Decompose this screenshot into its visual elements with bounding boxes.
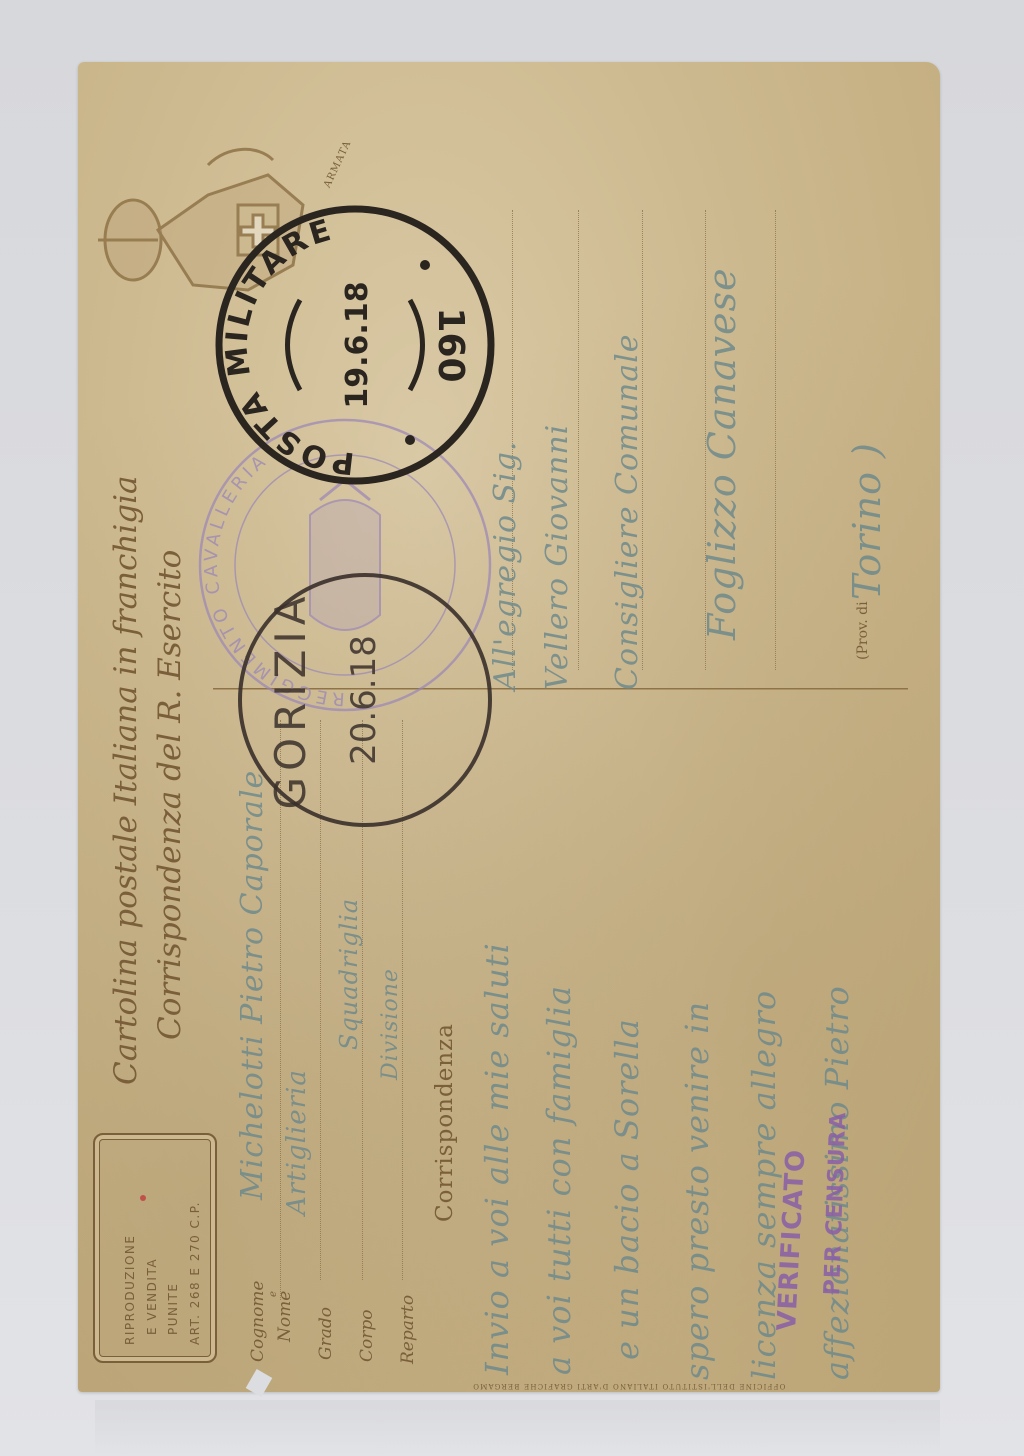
sender-handwriting-line: Divisione — [378, 968, 403, 1080]
notice-line-2: E VENDITA — [145, 1258, 159, 1335]
card-title: Cartolina postale Italiana in franchigia — [108, 476, 144, 1086]
message-handwriting-line: Invio a voi alle mie saluti — [478, 942, 516, 1375]
field-label-cognome: Cognome — [248, 1281, 268, 1363]
red-ink-spot — [140, 1195, 146, 1201]
svg-text:19.6.18: 19.6.18 — [340, 281, 375, 408]
field-label-nome: Nome — [275, 1291, 295, 1342]
svg-text:20.6.18: 20.6.18 — [344, 635, 384, 765]
svg-text:160: 160 — [430, 307, 471, 382]
address-handwriting-line: Vellero Giovanni — [540, 424, 575, 690]
address-handwriting-line: Consigliere Comunale — [610, 334, 645, 690]
sender-handwriting-line: Artiglieria — [282, 1069, 312, 1215]
card-subtitle: Corrispondenza del R. Esercito — [152, 550, 188, 1040]
address-handwriting-line: Torino ) — [845, 442, 889, 600]
card-reflection — [95, 1400, 940, 1456]
notice-line-4: ART. 268 E 270 C.P. — [188, 1201, 202, 1345]
field-label-grado: Grado — [316, 1307, 336, 1360]
town-postmark-stamp: GORIZIA 20.6.18 — [215, 560, 495, 830]
sender-handwriting-line: Squadriglia — [335, 898, 363, 1050]
address-dotted-line — [775, 210, 776, 670]
notice-line-3: PUNITE — [166, 1283, 180, 1335]
notice-line-1: RIPRODUZIONE — [123, 1235, 137, 1345]
address-dotted-line — [578, 210, 579, 670]
message-handwriting-line: e un bacio a Sorella — [608, 1018, 646, 1360]
field-label-reparto: Reparto — [398, 1295, 418, 1364]
printer-imprint: OFFICINE DELL'ISTITUTO ITALIANO D'ARTI G… — [472, 1382, 785, 1390]
military-postmark-stamp: POSTA MILITARE 19.6.18 160 — [205, 195, 505, 495]
correspondence-heading: Corrispondenza — [432, 1023, 458, 1222]
address-handwriting-line: Foglizzo Canavese — [700, 267, 744, 640]
province-label: (Prov. di — [855, 601, 871, 660]
svg-text:GORIZIA: GORIZIA — [266, 590, 315, 809]
message-handwriting-line: a voi tutti con famiglia — [540, 985, 578, 1375]
message-handwriting-line: spero presto venire in — [678, 1001, 716, 1380]
field-label-corpo: Corpo — [357, 1310, 377, 1363]
sender-handwriting-line: Michelotti Pietro Caporale — [235, 770, 270, 1200]
